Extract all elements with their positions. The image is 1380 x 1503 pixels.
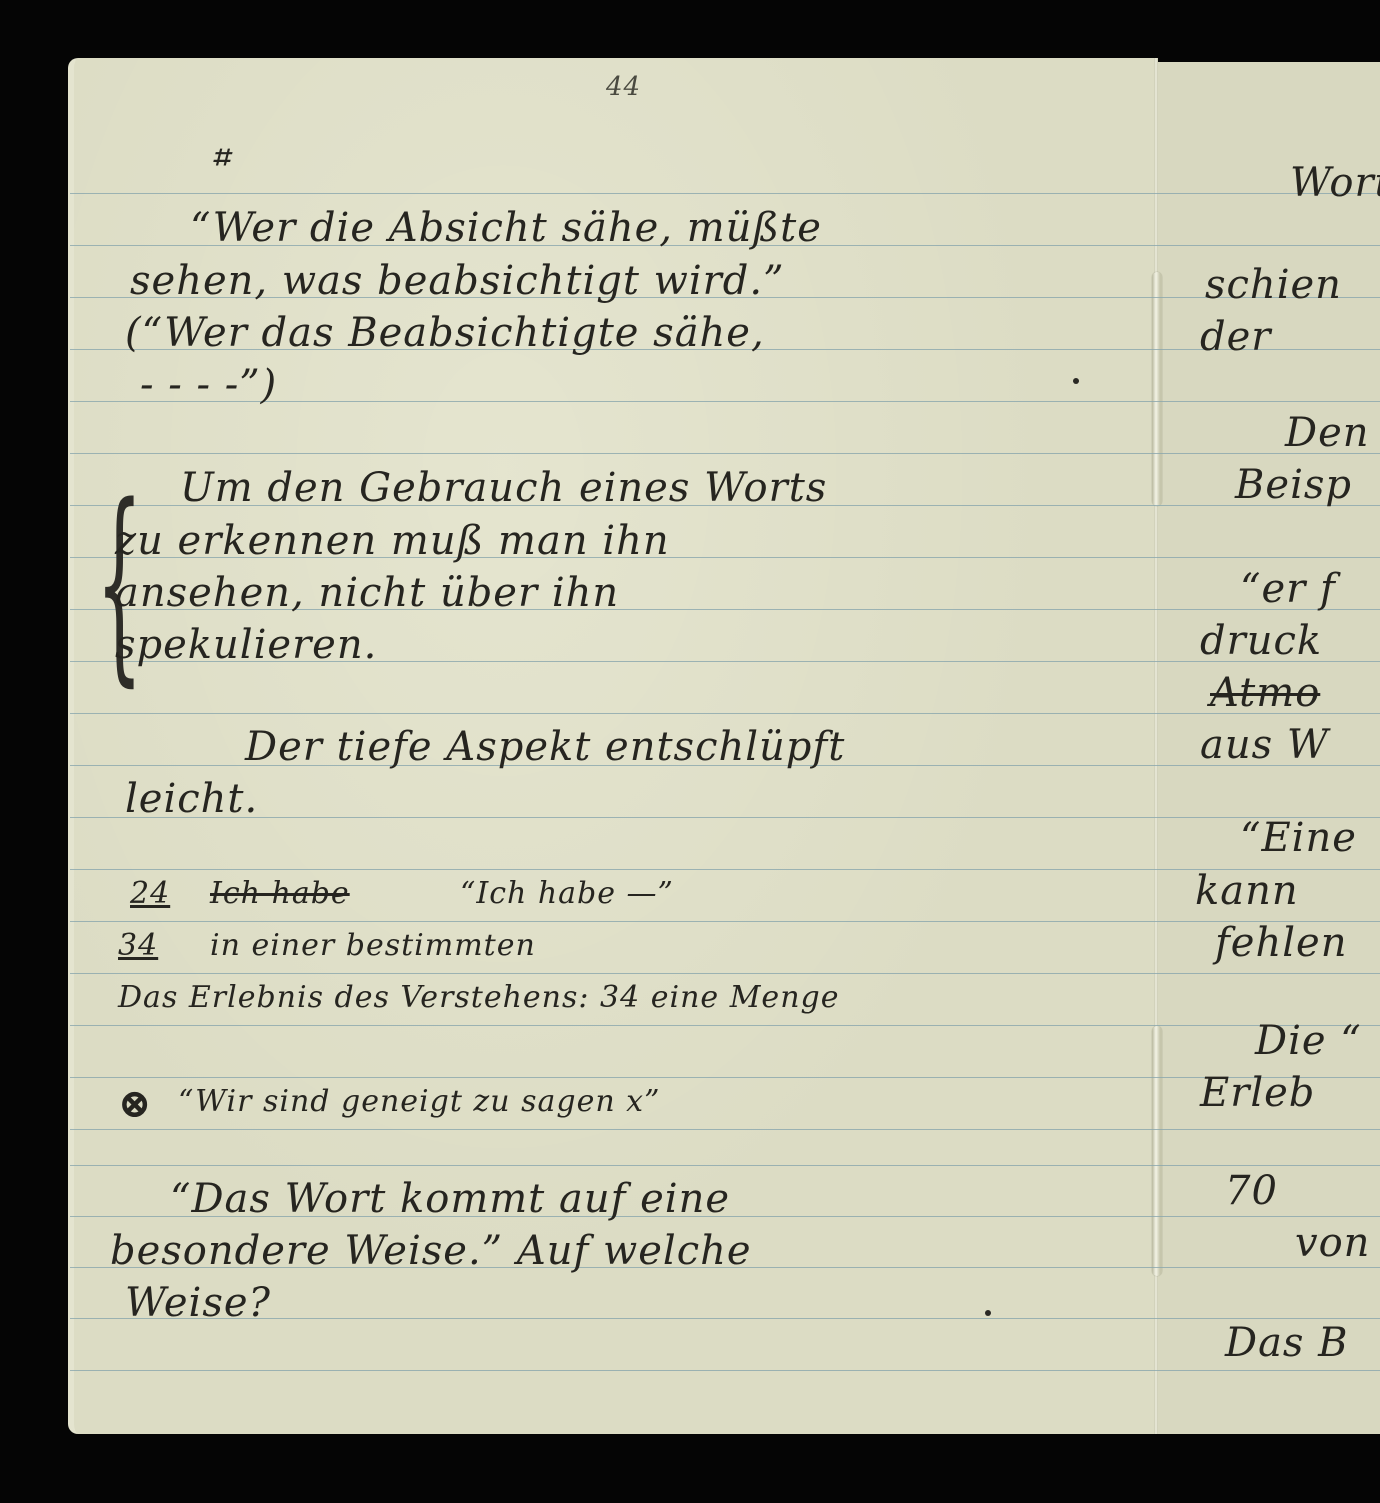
text-line: “Das Wort kommt auf eine: [170, 1176, 730, 1222]
text-fragment: “er f: [1240, 566, 1336, 612]
ink-dot: [1073, 378, 1079, 384]
text-line: Das Erlebnis des Verstehens: 34 eine Men…: [118, 980, 839, 1015]
text-fragment: 70: [1225, 1168, 1278, 1214]
staple-top: [1152, 272, 1162, 506]
text-line: “Wir sind geneigt zu sagen x”: [178, 1084, 660, 1119]
text-fragment: der: [1200, 314, 1271, 360]
page-number: 44: [606, 72, 641, 102]
text-line: (“Wer das Beabsichtigte sähe,: [125, 310, 765, 356]
text-line: leicht.: [125, 776, 258, 822]
text-line: sehen, was beabsichtigt wird.”: [130, 258, 785, 304]
text-line: spekulieren.: [115, 622, 377, 668]
section-mark: ⌗: [212, 140, 230, 175]
text-line: ansehen, nicht über ihn: [115, 570, 619, 616]
staple-bottom: [1152, 1026, 1162, 1276]
text-fragment: druck: [1200, 618, 1322, 664]
ink-dot: [985, 1310, 991, 1316]
text-fragment: Atmo: [1210, 670, 1320, 716]
text-fragment: Die “: [1255, 1018, 1362, 1064]
text-fragment: kann: [1195, 868, 1299, 914]
text-line: zu erkennen muß man ihn: [115, 518, 670, 564]
text-line: Der tiefe Aspekt entschlüpft: [245, 724, 845, 770]
text-line: besondere Weise.” Auf welche: [110, 1228, 752, 1274]
text-fragment: Wort: [1290, 160, 1380, 206]
struck-text: Ich habe: [210, 876, 350, 911]
text-fragment: Beisp: [1235, 462, 1352, 508]
text-fragment: Das B: [1225, 1320, 1349, 1366]
text-line: Weise?: [125, 1280, 271, 1326]
text-line: in einer bestimmten: [210, 928, 536, 963]
scribbled-mark: ⊗: [118, 1080, 153, 1127]
text-fragment: von: [1295, 1220, 1370, 1266]
text-line: “Ich habe —”: [460, 876, 674, 911]
text-line: Um den Gebrauch eines Worts: [180, 465, 827, 511]
reference-number: 24: [130, 876, 170, 911]
text-fragment: schien: [1205, 262, 1342, 308]
text-fragment: aus W: [1200, 722, 1329, 768]
reference-number: 34: [118, 928, 158, 963]
text-fragment: Erleb: [1200, 1070, 1315, 1116]
text-line: “Wer die Absicht sähe, müßte: [190, 205, 822, 251]
text-fragment: fehlen: [1215, 920, 1347, 966]
text-fragment: “Eine: [1240, 815, 1357, 861]
text-line: - - - -”): [140, 362, 277, 408]
text-fragment: Den: [1285, 410, 1370, 456]
